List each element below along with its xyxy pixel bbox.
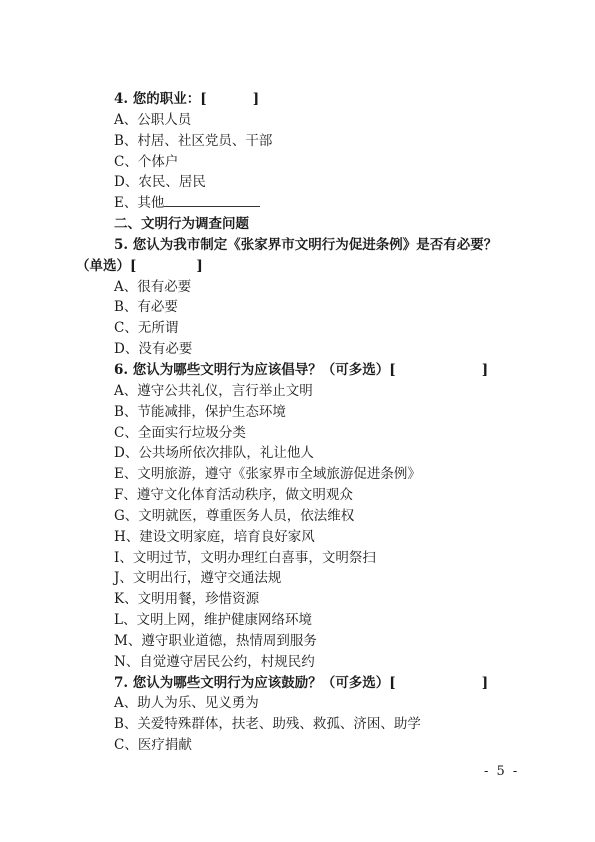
option: A、遵守公共礼仪，言行举止文明 <box>88 381 528 402</box>
answer-bracket-open: [ <box>200 91 206 107</box>
question-6: 6. 您认为哪些文明行为应该倡导？（可多选）[] <box>88 360 528 381</box>
option: N、自觉遵守居民公约，村规民约 <box>88 652 528 673</box>
question-4: 4. 您的职业：[] <box>88 89 528 110</box>
question-5-continued: （单选）[] <box>76 256 528 277</box>
option: G、文明就医，尊重医务人员，依法维权 <box>88 506 528 527</box>
answer-bracket-open: [ <box>130 258 136 274</box>
option: C、个体户 <box>88 152 528 173</box>
question-title: 7. 您认为哪些文明行为应该鼓励？（可多选） <box>114 675 389 691</box>
option: A、助人为乐、见义勇为 <box>88 693 528 714</box>
answer-bracket-close: ] <box>253 91 259 107</box>
option: M、遵守职业道德，热情周到服务 <box>88 631 528 652</box>
option: B、有必要 <box>88 297 528 318</box>
other-blank-field[interactable] <box>164 193 260 207</box>
option: H、建设文明家庭，培育良好家风 <box>88 527 528 548</box>
option: F、遵守文化体育活动秩序，做文明观众 <box>88 485 528 506</box>
option-label: E、其他 <box>114 195 164 211</box>
question-type: （单选） <box>76 258 130 274</box>
option: D、农民、居民 <box>88 172 528 193</box>
option: I、文明过节，文明办理红白喜事，文明祭扫 <box>88 548 528 569</box>
option: A、很有必要 <box>88 277 528 298</box>
option: C、医疗捐献 <box>88 735 528 756</box>
answer-bracket-close: ] <box>482 675 488 691</box>
option: K、文明用餐，珍惜资源 <box>88 589 528 610</box>
option: B、村居、社区党员、干部 <box>88 131 528 152</box>
option: L、文明上网，维护健康网络环境 <box>88 610 528 631</box>
option: J、文明出行，遵守交通法规 <box>88 568 528 589</box>
answer-bracket-open: [ <box>389 362 395 378</box>
option: C、无所谓 <box>88 318 528 339</box>
answer-bracket-close: ] <box>196 258 202 274</box>
question-5: 5. 您认为我市制定《张家界市文明行为促进条例》是否有必要？ <box>88 235 528 256</box>
page-number: - 5 - <box>484 764 519 779</box>
option: C、全面实行垃圾分类 <box>88 423 528 444</box>
question-7: 7. 您认为哪些文明行为应该鼓励？（可多选）[] <box>88 673 528 694</box>
option: E、文明旅游，遵守《张家界市全域旅游促进条例》 <box>88 464 528 485</box>
option: B、节能减排，保护生态环境 <box>88 402 528 423</box>
option: D、公共场所依次排队，礼让他人 <box>88 443 528 464</box>
answer-bracket-close: ] <box>482 362 488 378</box>
option-other: E、其他 <box>88 193 528 214</box>
answer-bracket-open: [ <box>389 675 395 691</box>
option: B、关爱特殊群体，扶老、助残、救孤、济困、助学 <box>88 714 528 735</box>
option: D、没有必要 <box>88 339 528 360</box>
section-heading: 二、文明行为调查问题 <box>88 214 528 235</box>
document-page: 4. 您的职业：[] A、公职人员 B、村居、社区党员、干部 C、个体户 D、农… <box>0 0 595 842</box>
survey-content: 4. 您的职业：[] A、公职人员 B、村居、社区党员、干部 C、个体户 D、农… <box>88 89 528 756</box>
question-title: 6. 您认为哪些文明行为应该倡导？（可多选） <box>114 362 389 378</box>
question-title: 4. 您的职业： <box>114 91 200 107</box>
option: A、公职人员 <box>88 110 528 131</box>
